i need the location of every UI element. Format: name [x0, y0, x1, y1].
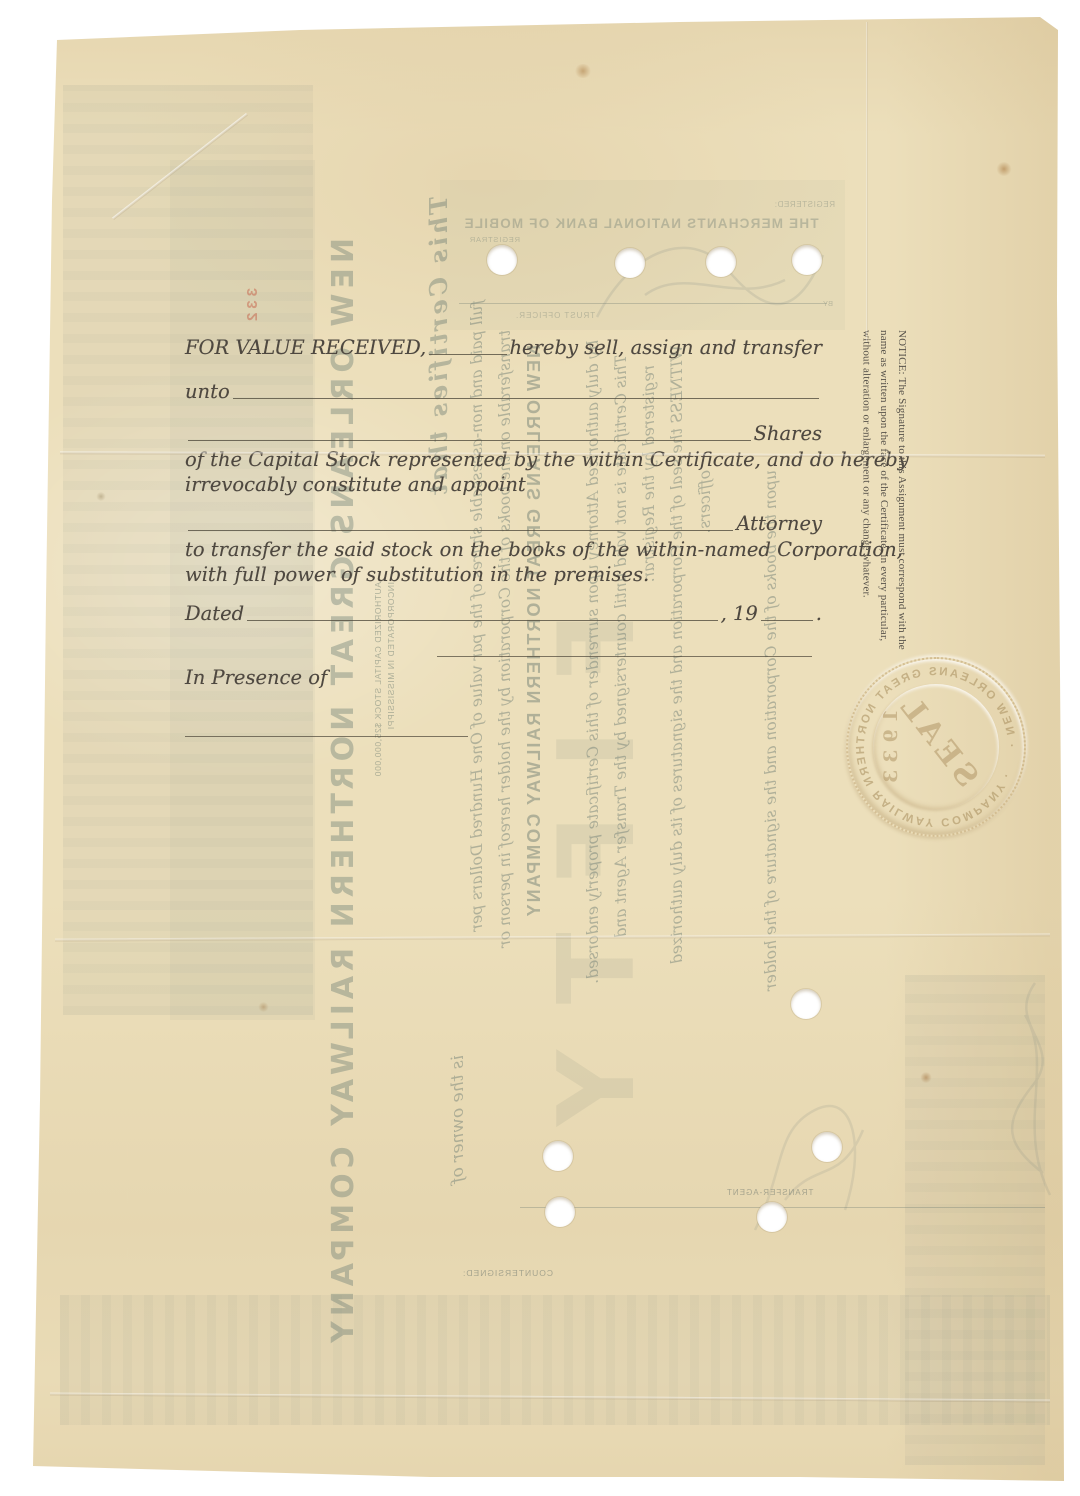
ghost-certificate-number: 332 [244, 288, 261, 325]
punch-hole [545, 1197, 575, 1227]
showthrough-bottom-border [60, 1295, 1050, 1425]
period: . [816, 602, 822, 625]
year-blank-line [761, 620, 813, 621]
ghost-registrar-label: REGISTRAR [469, 235, 520, 244]
assignment-line-1: FOR VALUE RECEIVED, hereby sell, assign … [185, 336, 822, 359]
seal-year: 1933 [880, 709, 902, 790]
shares-label: Shares [754, 422, 822, 445]
punch-hole [757, 1202, 787, 1232]
punch-hole [487, 245, 517, 275]
punch-hole [706, 247, 736, 277]
ghost-countersigned-label: COUNTERSIGNED: [462, 1268, 553, 1278]
punch-hole [792, 245, 822, 275]
assignment-body-4: with full power of substitution in the p… [185, 563, 822, 586]
in-presence-of-label: In Presence of [185, 666, 327, 689]
ghost-signature-scrawl [995, 975, 1075, 1215]
witness-signature-line [437, 656, 812, 657]
dated-label: Dated [185, 602, 244, 625]
presence-signature-line [185, 736, 468, 737]
assignment-line-attorney: Attorney [185, 512, 822, 535]
value-received-label: FOR VALUE RECEIVED, [185, 336, 426, 359]
date-blank-line [247, 620, 717, 621]
ghost-transfer-agent-label: TRANSFER-AGENT [726, 1188, 813, 1197]
substitution-text: with full power of substitution in the p… [185, 563, 649, 586]
blank-line [188, 440, 751, 441]
year-prefix: , 19 [721, 602, 758, 625]
punch-hole [812, 1132, 842, 1162]
punch-hole [791, 989, 821, 1019]
signature-notice: NOTICE: The Signature to this Assignment… [834, 330, 910, 660]
foxing-spot [574, 64, 592, 78]
foxing-spot [920, 1072, 932, 1083]
blank-line [233, 398, 819, 399]
assignment-body-3: to transfer the said stock on the books … [185, 538, 822, 561]
showthrough-vignette [170, 160, 315, 1020]
unto-label: unto [185, 380, 230, 403]
constitute-text: irrevocably constitute and appoint [185, 473, 526, 496]
blank-line [188, 530, 733, 531]
punch-hole [615, 248, 645, 278]
blank-line [429, 354, 506, 355]
fold-crease-vertical [866, 22, 868, 342]
assignment-line-unto: unto [185, 380, 822, 403]
punch-hole [543, 1141, 573, 1171]
foxing-spot [96, 492, 106, 501]
ghost-trust-officer-label: TRUST OFFICER. [515, 311, 595, 320]
presence-row: In Presence of [185, 666, 822, 689]
ghost-signature-scrawl [585, 225, 835, 335]
sell-assign-label: hereby sell, assign and transfer [510, 336, 823, 359]
ghost-column: is the owner of [448, 1055, 468, 1184]
transfer-text: to transfer the said stock on the books … [185, 538, 903, 561]
dated-row: Dated , 19 . [185, 602, 822, 625]
certificate-back-paper: REGISTERED: THE MERCHANTS NATIONAL BANK … [0, 0, 1080, 1496]
attorney-label: Attorney [736, 512, 822, 535]
ghost-registered-label: REGISTERED: [774, 200, 835, 209]
foxing-spot [258, 1002, 269, 1012]
embossed-corporate-seal: · NEW ORLEANS GREAT NORTHERN RAILWAY COM… [846, 657, 1026, 837]
assignment-body-2: irrevocably constitute and appoint [185, 473, 822, 496]
assignment-line-shares: Shares [185, 422, 822, 445]
scan-background: REGISTERED: THE MERCHANTS NATIONAL BANK … [0, 0, 1080, 1496]
foxing-spot [996, 162, 1012, 176]
